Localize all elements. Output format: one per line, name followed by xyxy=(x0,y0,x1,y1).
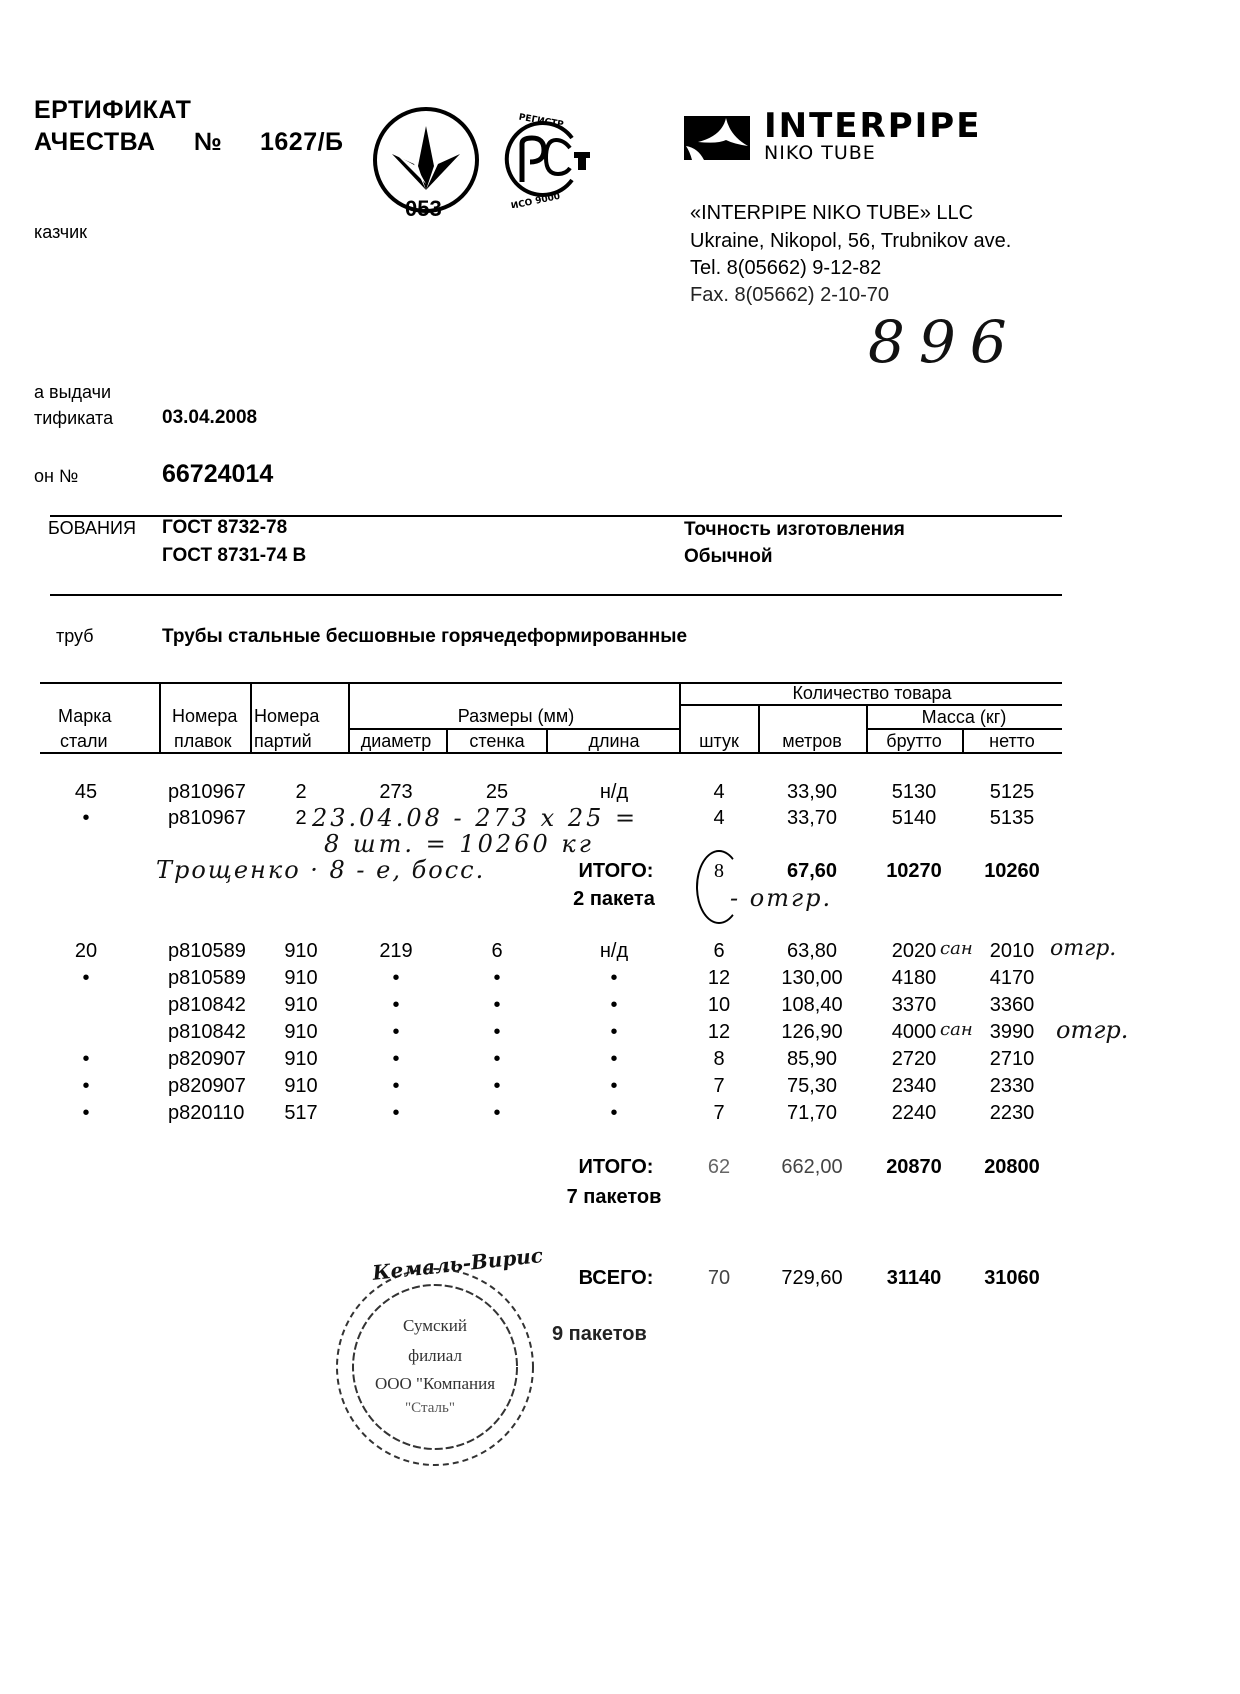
issue-date-label-line2: тификата xyxy=(34,408,113,429)
header-gross: брутто xyxy=(886,731,941,752)
cell-length: • xyxy=(610,967,617,990)
cell-pieces: 7 xyxy=(713,1102,724,1125)
cell-grade: 45 xyxy=(75,781,97,804)
cell-meters: 71,70 xyxy=(787,1102,837,1125)
company-logo-word: INTERPIPE xyxy=(764,106,981,146)
header-quantity: Количество товара xyxy=(792,683,951,704)
company-phone: Tel. 8(05662) 9-12-82 xyxy=(690,257,881,280)
cell-meters: 130,00 xyxy=(781,967,842,990)
divider xyxy=(50,594,1062,596)
handwritten-number: 896 xyxy=(868,308,1021,376)
handwritten-san-mark: сан xyxy=(940,938,973,959)
company-logo-subtitle: NIKO TUBE xyxy=(764,142,876,164)
cell-heat: р810967 xyxy=(168,807,246,830)
rst-certification-mark-icon: РЕГИСТР ИСО 9000 xyxy=(492,108,596,208)
cell-length: • xyxy=(610,1102,617,1125)
group1-total-pieces: 8 xyxy=(714,860,724,883)
cell-gross: 2240 xyxy=(892,1102,937,1125)
precision-label: Точность изготовления xyxy=(684,519,905,541)
header-steel-grade: Марка xyxy=(58,706,112,727)
group2-total-label: ИТОГО: xyxy=(579,1156,654,1179)
cell-wall: • xyxy=(493,1048,500,1071)
group2-total-meters: 662,00 xyxy=(781,1156,842,1179)
cell-wall: • xyxy=(493,1021,500,1044)
cell-diameter: • xyxy=(392,967,399,990)
cell-meters: 75,30 xyxy=(787,1075,837,1098)
handwritten-shipped-mark: отгр. xyxy=(1050,936,1116,961)
cell-length: • xyxy=(610,1075,617,1098)
cell-length: • xyxy=(610,994,617,1017)
grand-total-meters: 729,60 xyxy=(781,1267,842,1290)
cell-gross: 5130 xyxy=(892,781,937,804)
customer-label: казчик xyxy=(34,222,87,243)
cell-diameter: • xyxy=(392,1102,399,1125)
cell-batch: 2 xyxy=(295,781,306,804)
cell-pieces: 6 xyxy=(713,940,724,963)
stamp-text-line3: ООО "Компания xyxy=(375,1374,495,1394)
pipe-type-label: труб xyxy=(56,626,94,647)
cell-grade: • xyxy=(82,967,89,990)
cell-batch: 517 xyxy=(284,1102,317,1125)
cell-grade: • xyxy=(82,1075,89,1098)
cell-gross: 5140 xyxy=(892,807,937,830)
cell-grade: 20 xyxy=(75,940,97,963)
cell-diameter: 273 xyxy=(379,781,412,804)
cell-batch: 910 xyxy=(284,967,317,990)
certificate-title-line1: ЕРТИФИКАТ xyxy=(34,96,191,125)
header-net: нетто xyxy=(989,731,1035,752)
cell-wall: 25 xyxy=(486,781,508,804)
cell-gross: 2340 xyxy=(892,1075,937,1098)
company-name: «INTERPIPE NIKO TUBE» LLC xyxy=(690,202,973,225)
issue-date: 03.04.2008 xyxy=(162,407,257,429)
header-batch-numbers: партий xyxy=(254,731,312,752)
handwritten-note-line3: Трощенко · 8 - е, босс. xyxy=(156,856,485,884)
company-stamp xyxy=(330,1262,540,1472)
grand-total-pieces: 70 xyxy=(708,1267,730,1290)
wagon-number: 66724014 xyxy=(162,460,273,489)
number-sign: № xyxy=(194,128,222,157)
cell-gross: 2020 xyxy=(892,940,937,963)
company-address: Ukraine, Nikopol, 56, Trubnikov ave. xyxy=(690,230,1011,253)
cell-batch: 910 xyxy=(284,1021,317,1044)
handwritten-shipped-mark: отгр. xyxy=(1056,1016,1128,1044)
standard-1: ГОСТ 8732-78 xyxy=(162,517,287,539)
cell-net: 2330 xyxy=(990,1075,1035,1098)
certificate-number: 1627/Б xyxy=(260,128,344,157)
cell-heat: р810589 xyxy=(168,967,246,990)
cell-wall: 6 xyxy=(491,940,502,963)
cell-batch: 910 xyxy=(284,1048,317,1071)
cell-pieces: 4 xyxy=(713,807,724,830)
cell-diameter: • xyxy=(392,1075,399,1098)
cell-wall: • xyxy=(493,967,500,990)
cell-length: н/д xyxy=(600,940,628,963)
group1-total-meters: 67,60 xyxy=(787,860,837,883)
stamp-text-line4: "Сталь" xyxy=(405,1400,455,1417)
header-diameter: диаметр xyxy=(361,731,432,752)
header-steel-grade: стали xyxy=(60,731,108,752)
cell-diameter: 219 xyxy=(379,940,412,963)
cell-length: н/д xyxy=(600,781,628,804)
pipe-type-value: Трубы стальные бесшовные горячедеформиро… xyxy=(162,626,687,648)
company-fax: Fax. 8(05662) 2-10-70 xyxy=(690,284,889,307)
handwritten-san-mark: сан xyxy=(940,1019,973,1040)
issue-date-label-line1: а выдачи xyxy=(34,382,111,403)
precision-value: Обычной xyxy=(684,546,773,568)
group2-packages: 7 пакетов xyxy=(567,1186,662,1209)
ukr-mark-code: 053 xyxy=(405,196,442,222)
interpipe-logo-icon xyxy=(684,116,750,160)
cell-meters: 85,90 xyxy=(787,1048,837,1071)
header-pieces: штук xyxy=(699,731,739,752)
cell-meters: 33,90 xyxy=(787,781,837,804)
cell-meters: 108,40 xyxy=(781,994,842,1017)
cell-grade: • xyxy=(82,1102,89,1125)
header-meters: метров xyxy=(782,731,842,752)
cell-diameter: • xyxy=(392,994,399,1017)
header-dimensions: Размеры (мм) xyxy=(458,706,575,727)
stamp-text-line2: филиал xyxy=(408,1346,462,1366)
cell-gross: 2720 xyxy=(892,1048,937,1071)
cell-net: 3360 xyxy=(990,994,1035,1017)
cell-batch: 2 xyxy=(295,807,306,830)
cell-grade: • xyxy=(82,1048,89,1071)
cell-pieces: 12 xyxy=(708,1021,730,1044)
cell-net: 2010 xyxy=(990,940,1035,963)
wagon-label: он № xyxy=(34,466,78,487)
cell-meters: 126,90 xyxy=(781,1021,842,1044)
grand-total-packages: 9 пакетов xyxy=(552,1323,647,1346)
cell-net: 4170 xyxy=(990,967,1035,990)
group1-total-label: ИТОГО: xyxy=(579,860,654,883)
group1-total-net: 10260 xyxy=(984,860,1040,883)
cell-gross: 4180 xyxy=(892,967,937,990)
cell-batch: 910 xyxy=(284,940,317,963)
cell-wall: • xyxy=(493,1075,500,1098)
header-heat-numbers: плавок xyxy=(174,731,232,752)
group2-total-gross: 20870 xyxy=(886,1156,942,1179)
cell-pieces: 8 xyxy=(713,1048,724,1071)
cell-gross: 3370 xyxy=(892,994,937,1017)
group1-packages: 2 пакета xyxy=(573,888,655,911)
cell-pieces: 7 xyxy=(713,1075,724,1098)
grand-total-gross: 31140 xyxy=(887,1267,942,1290)
cell-meters: 33,70 xyxy=(787,807,837,830)
cell-heat: р820907 xyxy=(168,1048,246,1071)
cell-diameter: • xyxy=(392,1048,399,1071)
group2-total-pieces: 62 xyxy=(708,1156,730,1179)
cell-heat: р810589 xyxy=(168,940,246,963)
cell-net: 5135 xyxy=(990,807,1035,830)
header-batch-numbers: Номера xyxy=(254,706,319,727)
header-mass: Масса (кг) xyxy=(922,707,1007,728)
grand-total-net: 31060 xyxy=(984,1267,1040,1290)
cell-pieces: 10 xyxy=(708,994,730,1017)
cell-length: • xyxy=(610,1021,617,1044)
cell-grade: • xyxy=(82,807,89,830)
cell-pieces: 12 xyxy=(708,967,730,990)
handwritten-note-line1: 23.04.08 - 273 x 25 = xyxy=(312,804,638,832)
cell-heat: р810967 xyxy=(168,781,246,804)
cell-pieces: 4 xyxy=(713,781,724,804)
cell-wall: • xyxy=(493,1102,500,1125)
cell-batch: 910 xyxy=(284,994,317,1017)
handwritten-note-line2: 8 шт. = 10260 кг xyxy=(324,830,594,858)
cell-heat: р810842 xyxy=(168,1021,246,1044)
cell-heat: р810842 xyxy=(168,994,246,1017)
requirements-label: БОВАНИЯ xyxy=(48,518,136,539)
stamp-text-line1: Сумский xyxy=(403,1316,467,1336)
header-wall: стенка xyxy=(469,731,524,752)
cell-batch: 910 xyxy=(284,1075,317,1098)
cell-gross: 4000 xyxy=(892,1021,937,1044)
cell-diameter: • xyxy=(392,1021,399,1044)
cell-net: 3990 xyxy=(990,1021,1035,1044)
certificate-title-line2: АЧЕСТВА xyxy=(34,128,155,157)
grand-total-label: ВСЕГО: xyxy=(579,1267,654,1290)
standard-2: ГОСТ 8731-74 В xyxy=(162,545,306,567)
cell-net: 2230 xyxy=(990,1102,1035,1125)
cell-heat: р820907 xyxy=(168,1075,246,1098)
header-heat-numbers: Номера xyxy=(172,706,237,727)
group1-total-gross: 10270 xyxy=(886,860,942,883)
handwritten-shipped-note: - отгр. xyxy=(730,884,832,912)
group2-total-net: 20800 xyxy=(984,1156,1040,1179)
cell-meters: 63,80 xyxy=(787,940,837,963)
cell-length: • xyxy=(610,1048,617,1071)
cell-net: 5125 xyxy=(990,781,1035,804)
cell-net: 2710 xyxy=(990,1048,1035,1071)
cell-wall: • xyxy=(493,994,500,1017)
cell-heat: р820110 xyxy=(168,1102,244,1125)
header-length: длина xyxy=(588,731,639,752)
